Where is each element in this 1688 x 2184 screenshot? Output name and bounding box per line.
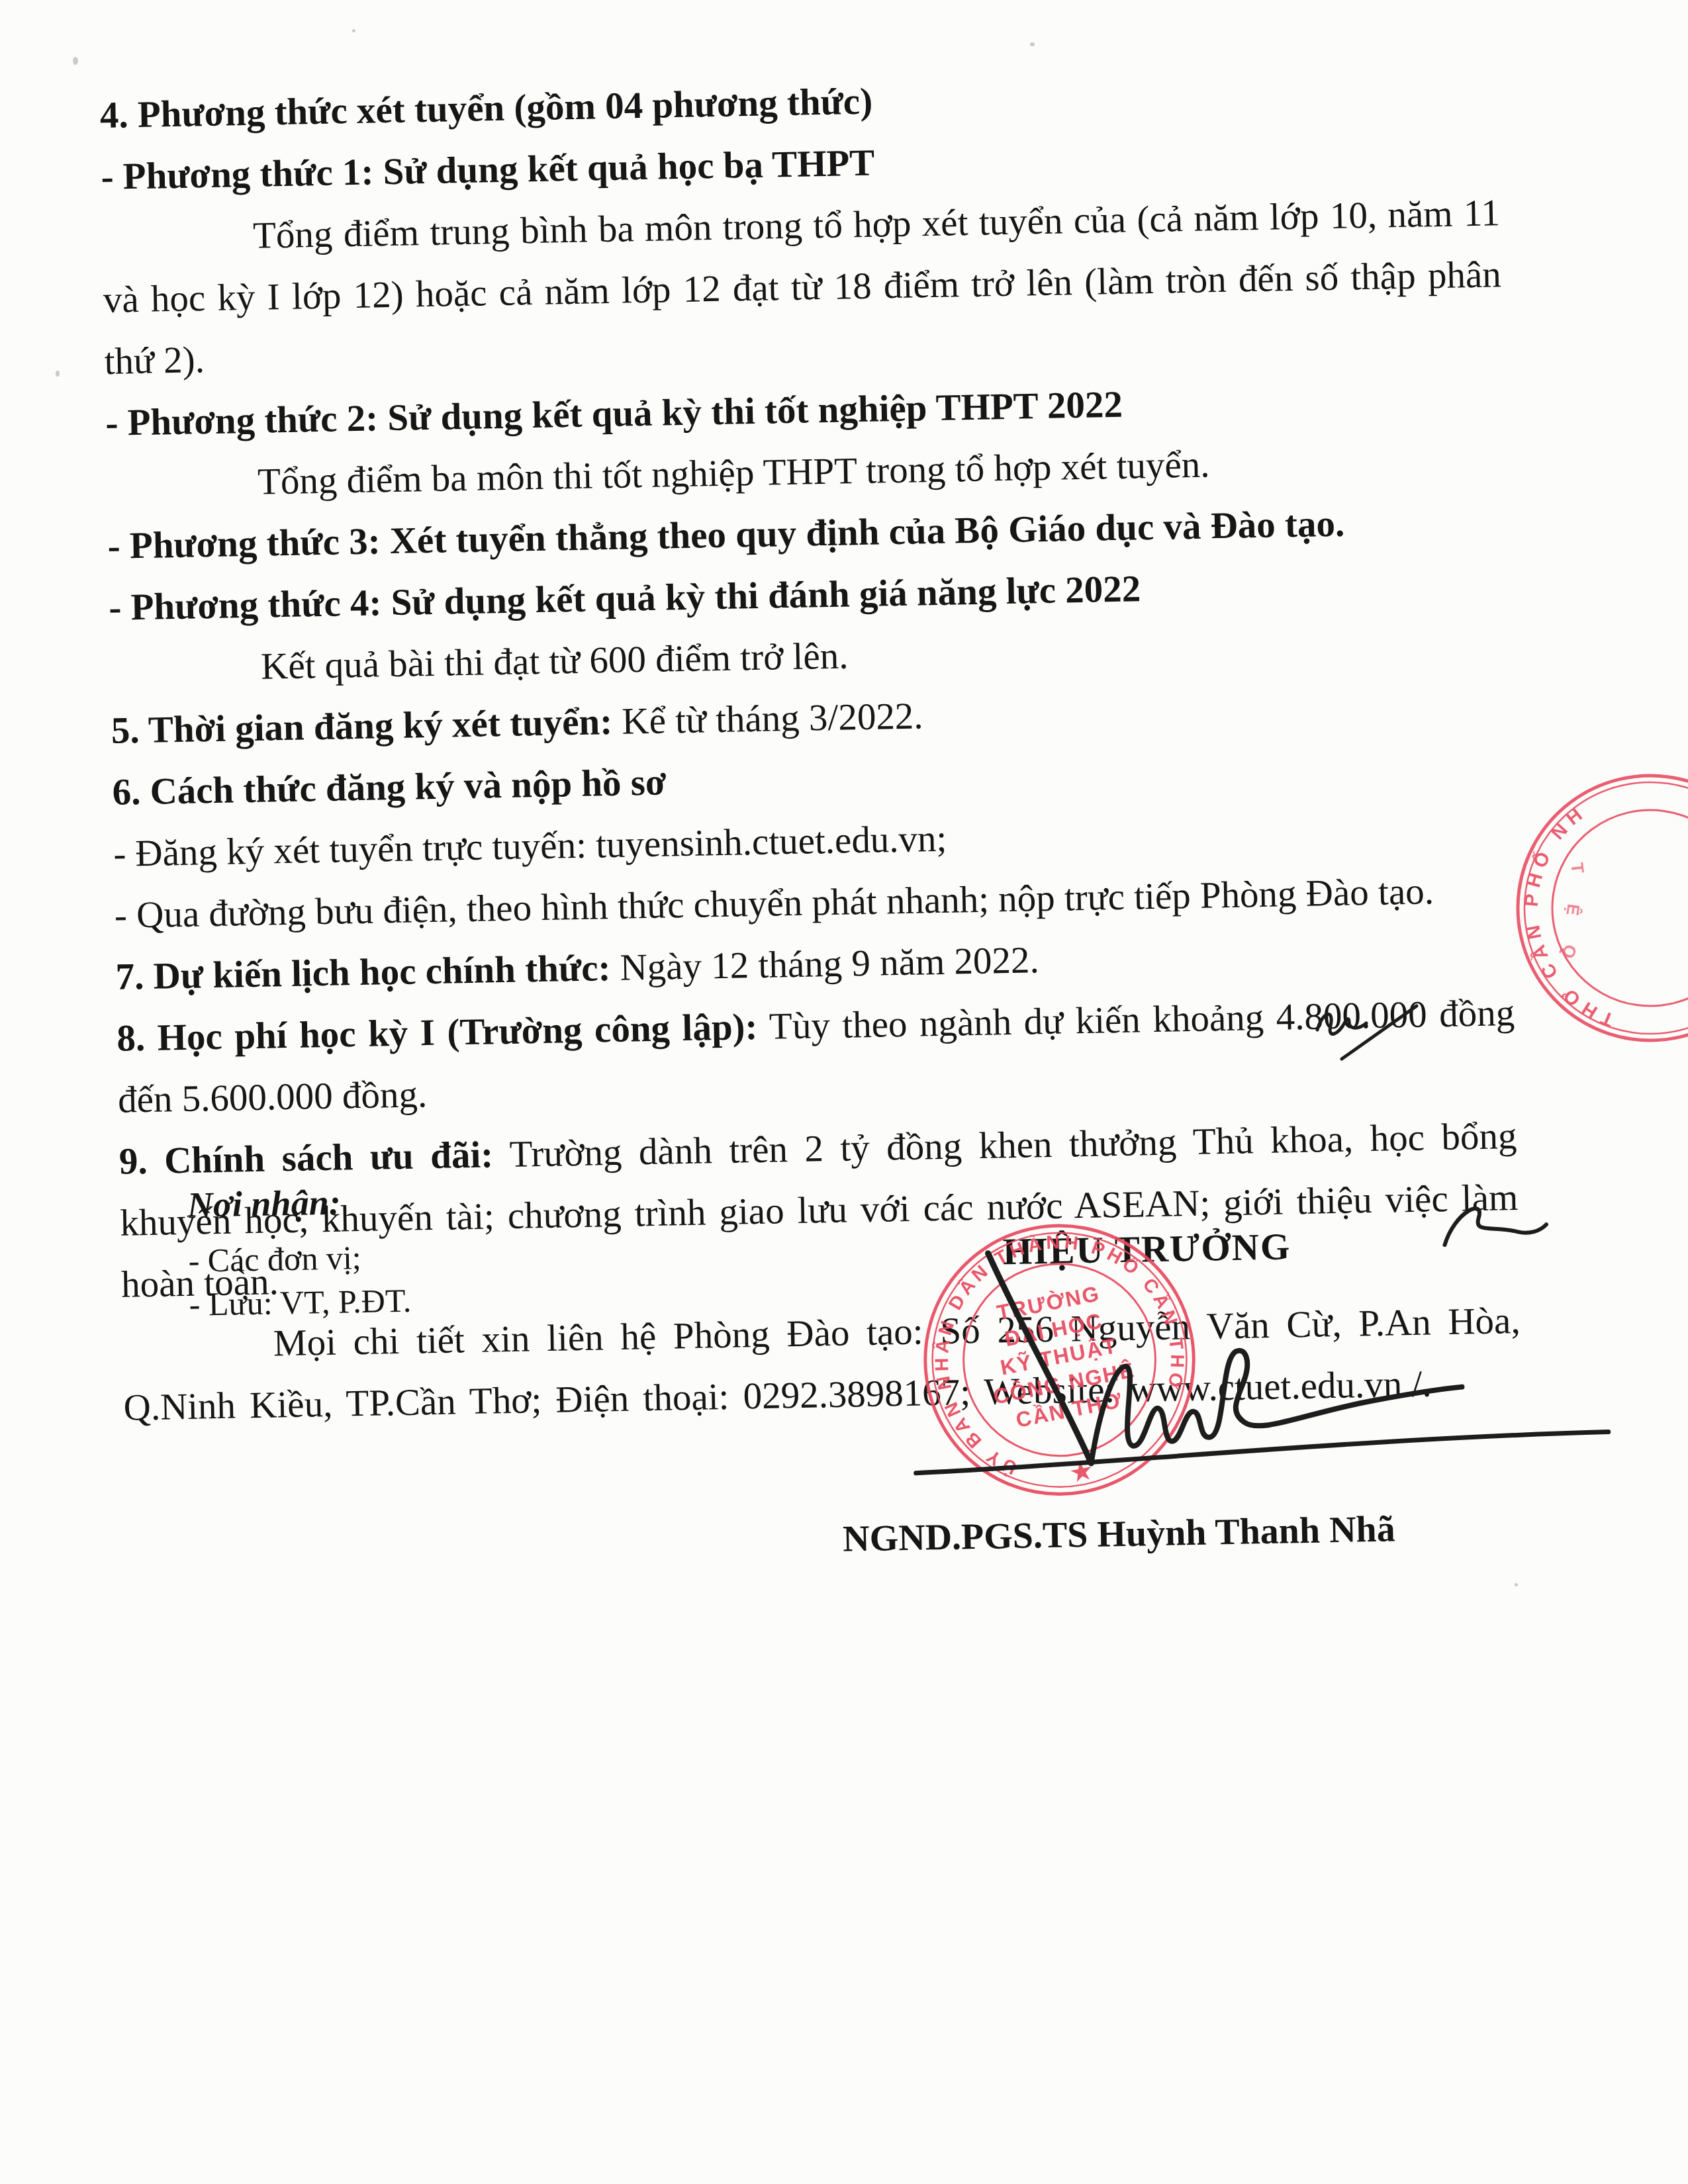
item5-text: Kể từ tháng 3/2022.	[612, 695, 923, 743]
scan-speck	[1515, 1583, 1518, 1586]
scan-speck	[1030, 42, 1035, 46]
item7-text: Ngày 12 tháng 9 năm 2022.	[610, 939, 1040, 989]
handwritten-hs-mark	[1305, 991, 1434, 1069]
recipients-heading: Nơi nhận:	[187, 1179, 410, 1227]
scan-speck	[73, 57, 78, 65]
scanned-document-page: 4. Phương thức xét tuyển (gồm 04 phương …	[0, 0, 1688, 2184]
item8-label: 8. Học phí học kỳ I (Trường công lập):	[117, 1006, 758, 1060]
item9-label: 9. Chính sách ưu đãi:	[118, 1134, 494, 1182]
recipient-item: - Các đơn vị;	[188, 1235, 411, 1283]
signer-name: NGND.PGS.TS Huỳnh Thanh Nhã	[808, 1498, 1431, 1571]
svg-text:T: T	[1567, 862, 1588, 875]
partial-round-stamp: THƠ CẦN PHỐ NH T Ệ Q	[1511, 769, 1688, 1060]
scan-speck	[352, 29, 355, 32]
svg-text:Ệ: Ệ	[1562, 903, 1583, 917]
item5-label: 5. Thời gian đăng ký xét tuyển:	[111, 701, 612, 752]
recipient-item: - Lưu: VT, P.ĐT.	[189, 1279, 412, 1326]
letter-body: 4. Phương thức xét tuyển (gồm 04 phương …	[99, 59, 1522, 1438]
method1-body: Tổng điểm trung bình ba môn trong tổ hợp…	[101, 182, 1503, 392]
svg-text:Q: Q	[1558, 942, 1581, 962]
item7-label: 7. Dự kiến lịch học chính thức:	[115, 947, 611, 998]
signature	[886, 1097, 1688, 1549]
recipients-block: Nơi nhận: - Các đơn vị; - Lưu: VT, P.ĐT.	[187, 1179, 411, 1326]
scan-speck	[56, 371, 60, 377]
